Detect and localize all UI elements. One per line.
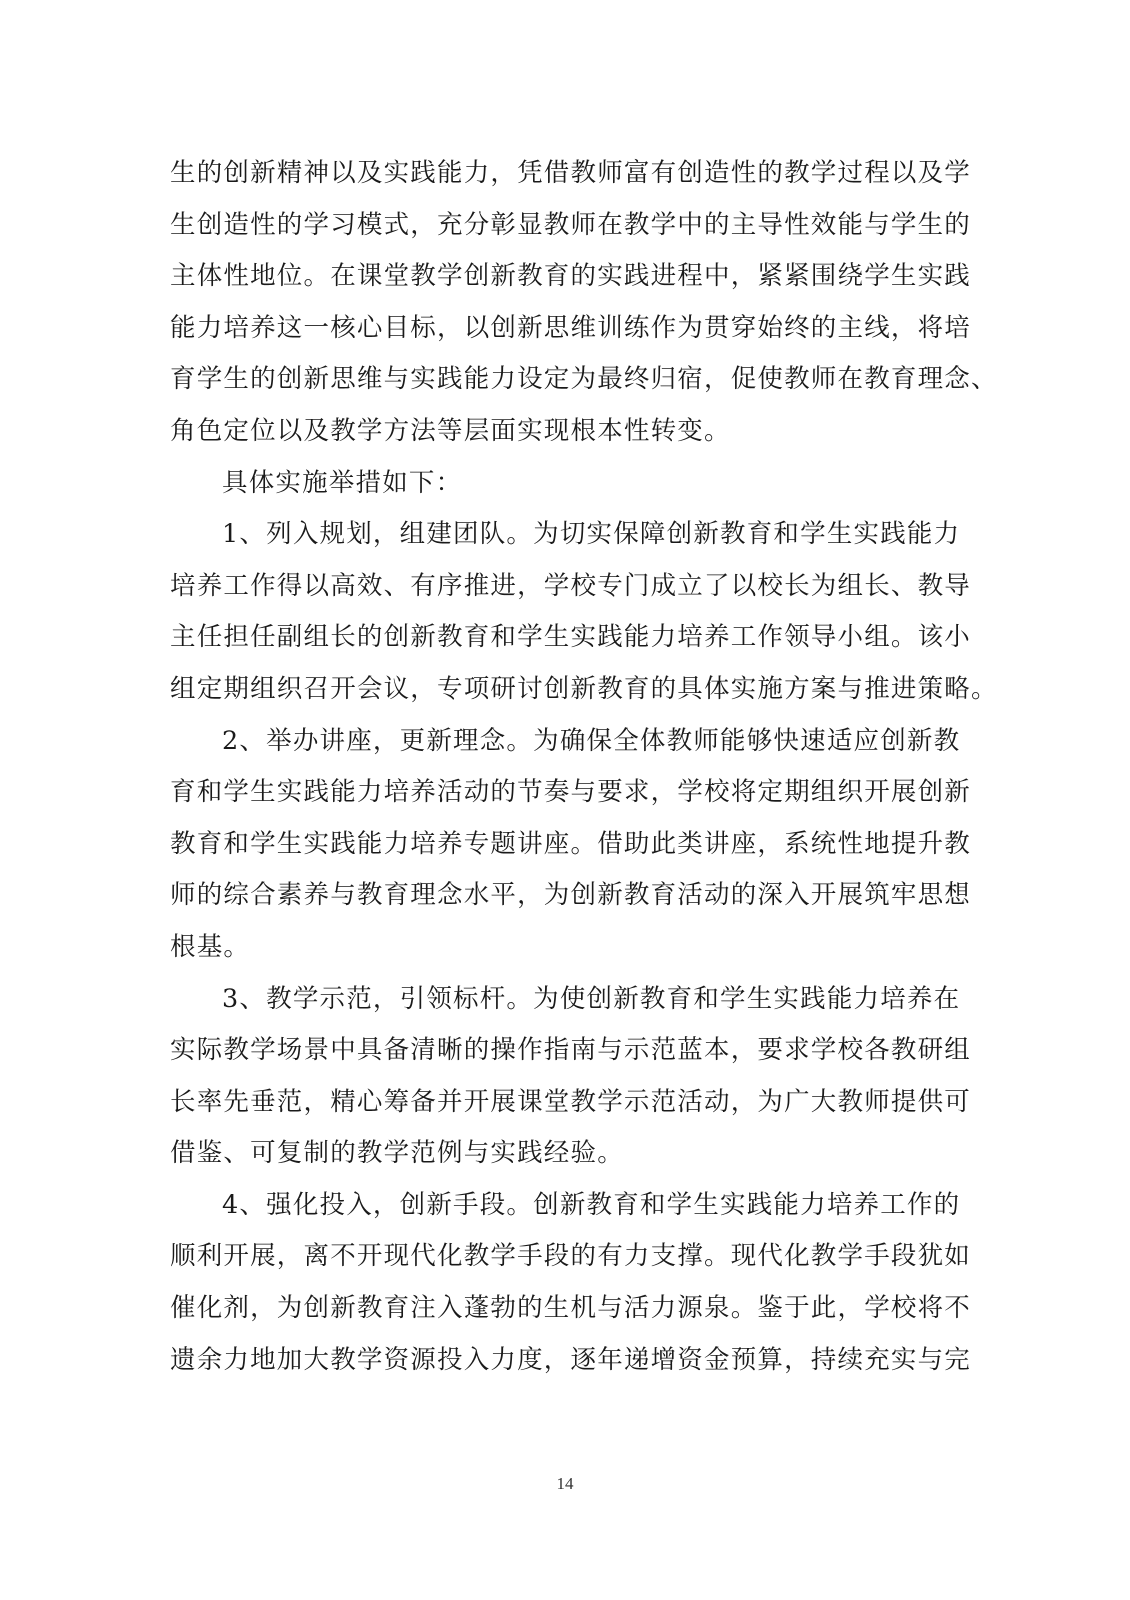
text-line: 3、教学示范，引领标杆。为使创新教育和学生实践能力培养在 xyxy=(170,974,942,1026)
text-line: 组定期组织召开会议，专项研讨创新教育的具体实施方案与推进策略。 xyxy=(170,664,942,716)
text-line: 顺利开展，离不开现代化教学手段的有力支撑。现代化教学手段犹如 xyxy=(170,1231,942,1283)
body-text: 生的创新精神以及实践能力，凭借教师富有创造性的教学过程以及学生创造性的学习模式，… xyxy=(170,148,942,1386)
text-line: 生的创新精神以及实践能力，凭借教师富有创造性的教学过程以及学 xyxy=(170,148,942,200)
text-line: 实际教学场景中具备清晰的操作指南与示范蓝本，要求学校各教研组 xyxy=(170,1025,942,1077)
text-line: 根基。 xyxy=(170,922,942,974)
text-line: 生创造性的学习模式，充分彰显教师在教学中的主导性效能与学生的 xyxy=(170,200,942,252)
text-line: 2、举办讲座，更新理念。为确保全体教师能够快速适应创新教 xyxy=(170,716,942,768)
text-line: 主体性地位。在课堂教学创新教育的实践进程中，紧紧围绕学生实践 xyxy=(170,251,942,303)
page-number: 14 xyxy=(0,1474,1130,1494)
text-line: 具体实施举措如下： xyxy=(170,458,942,510)
text-line: 4、强化投入，创新手段。创新教育和学生实践能力培养工作的 xyxy=(170,1180,942,1232)
text-line: 主任担任副组长的创新教育和学生实践能力培养工作领导小组。该小 xyxy=(170,612,942,664)
text-line: 1、列入规划，组建团队。为切实保障创新教育和学生实践能力 xyxy=(170,509,942,561)
text-line: 遗余力地加大教学资源投入力度，逐年递增资金预算，持续充实与完 xyxy=(170,1335,942,1387)
text-line: 育和学生实践能力培养活动的节奏与要求，学校将定期组织开展创新 xyxy=(170,767,942,819)
text-line: 师的综合素养与教育理念水平，为创新教育活动的深入开展筑牢思想 xyxy=(170,870,942,922)
text-line: 培养工作得以高效、有序推进，学校专门成立了以校长为组长、教导 xyxy=(170,561,942,613)
text-line: 催化剂，为创新教育注入蓬勃的生机与活力源泉。鉴于此，学校将不 xyxy=(170,1283,942,1335)
text-line: 长率先垂范，精心筹备并开展课堂教学示范活动，为广大教师提供可 xyxy=(170,1077,942,1129)
document-page: 生的创新精神以及实践能力，凭借教师富有创造性的教学过程以及学生创造性的学习模式，… xyxy=(0,0,1130,1600)
text-line: 能力培养这一核心目标，以创新思维训练作为贯穿始终的主线，将培 xyxy=(170,303,942,355)
text-line: 育学生的创新思维与实践能力设定为最终归宿，促使教师在教育理念、 xyxy=(170,354,942,406)
text-line: 教育和学生实践能力培养专题讲座。借助此类讲座，系统性地提升教 xyxy=(170,819,942,871)
text-line: 借鉴、可复制的教学范例与实践经验。 xyxy=(170,1128,942,1180)
text-line: 角色定位以及教学方法等层面实现根本性转变。 xyxy=(170,406,942,458)
